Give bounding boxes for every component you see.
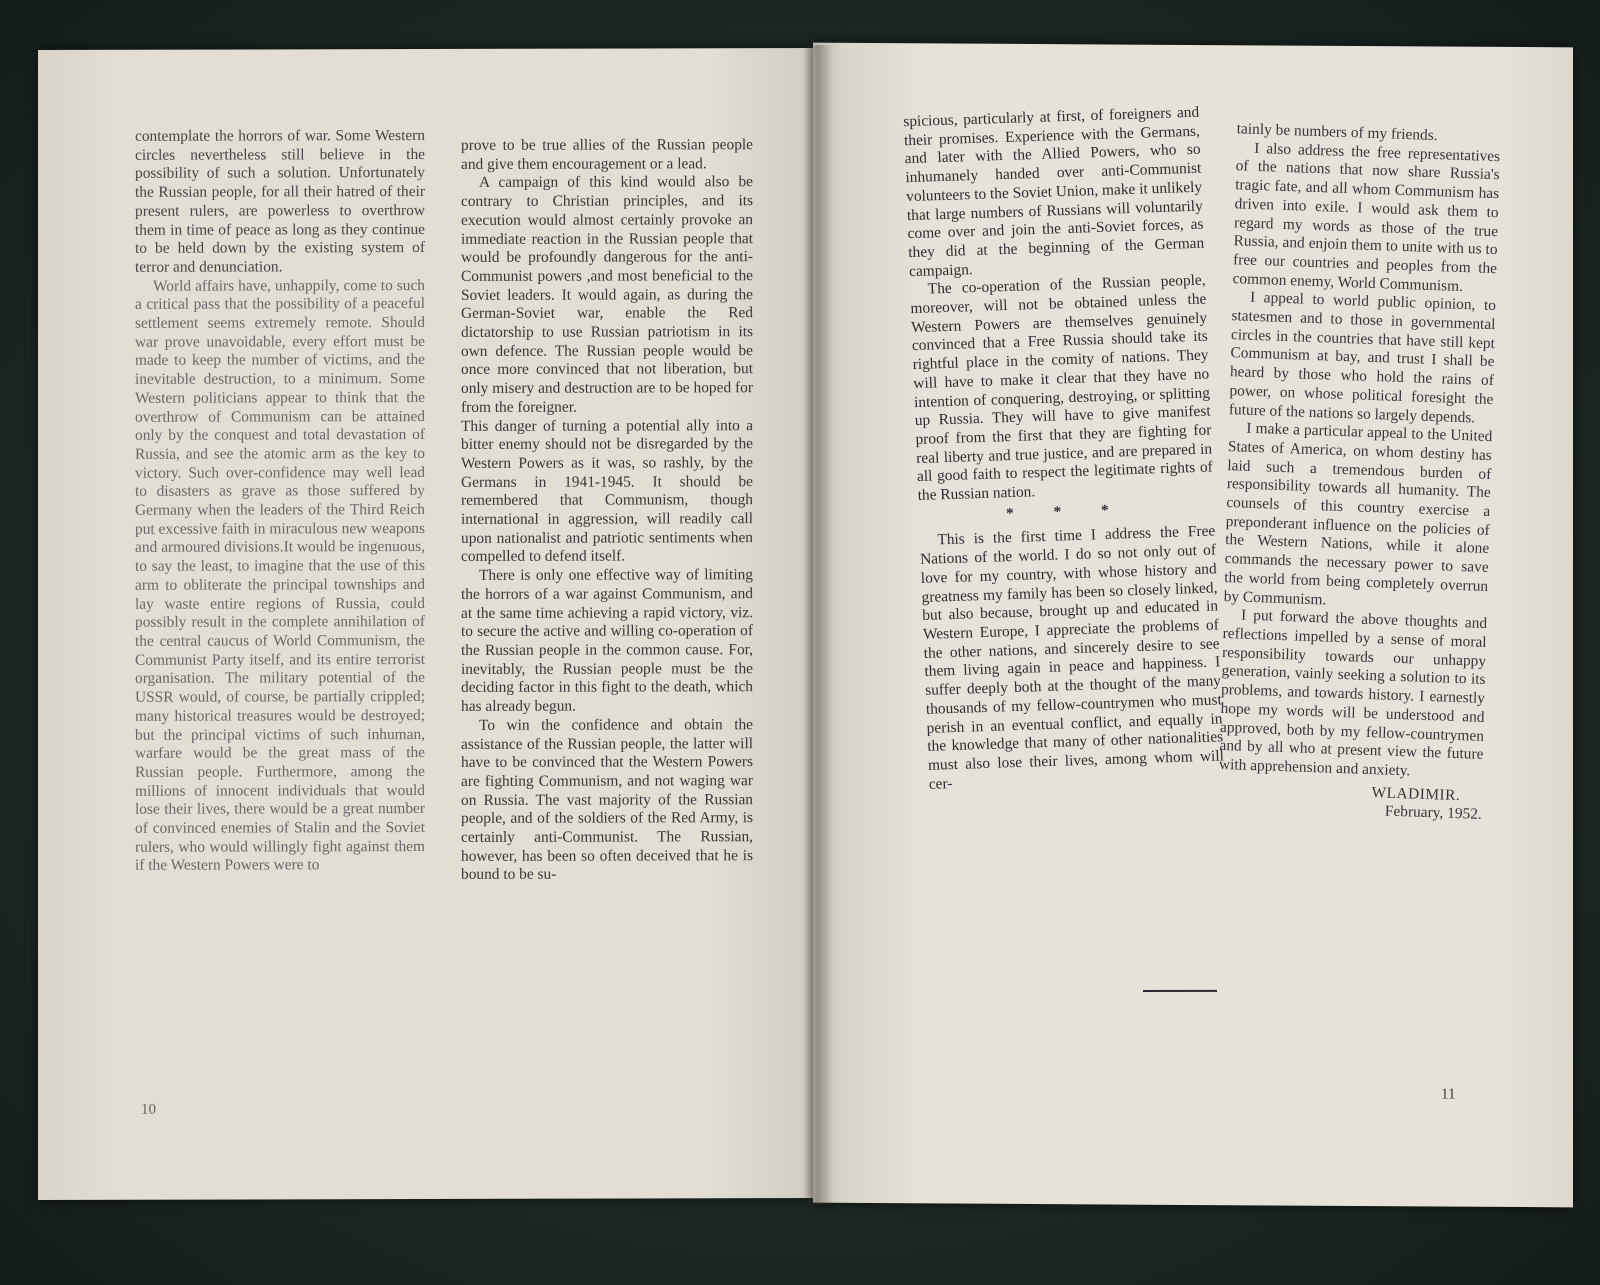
paragraph: spicious, particularly at first, of fore… xyxy=(903,104,1205,282)
paragraph: This danger of turning a potential ally … xyxy=(461,417,753,567)
paragraph: prove to be true allies of the Russian p… xyxy=(461,136,753,174)
paragraph: I put forward the above thoughts and ref… xyxy=(1219,606,1488,783)
end-rule-divider xyxy=(1143,990,1217,992)
paragraph: This is the first time I address the Fre… xyxy=(919,523,1225,794)
paragraph: There is only one effective way of limit… xyxy=(461,566,753,716)
page-number: 10 xyxy=(141,1102,156,1119)
left-page: contemplate the horrors of war. Some Wes… xyxy=(38,48,828,1200)
paragraph: The co-operation of the Russian people, … xyxy=(909,272,1213,506)
left-page-column-1: contemplate the horrors of war. Some Wes… xyxy=(135,127,425,876)
page-number: 11 xyxy=(1441,1087,1455,1104)
paragraph: A campaign of this kind would also be co… xyxy=(461,174,753,418)
paragraph: To win the confidence and obtain the ass… xyxy=(461,716,753,885)
right-page-column-2: tainly be numbers of my friends. I also … xyxy=(1218,120,1501,825)
paragraph: I also address the free representatives … xyxy=(1232,139,1500,298)
paragraph: World affairs have, unhappily, come to s… xyxy=(135,277,425,876)
right-page: spicious, particularly at first, of fore… xyxy=(813,43,1573,1208)
right-page-column-1: spicious, particularly at first, of fore… xyxy=(903,104,1225,795)
open-booklet: contemplate the horrors of war. Some Wes… xyxy=(38,45,1573,1205)
left-page-column-2: prove to be true allies of the Russian p… xyxy=(461,136,753,885)
paragraph: I make a particular appeal to the United… xyxy=(1223,419,1492,615)
paragraph: I appeal to world public opinion, to sta… xyxy=(1229,289,1497,429)
paragraph: contemplate the horrors of war. Some Wes… xyxy=(135,127,425,277)
